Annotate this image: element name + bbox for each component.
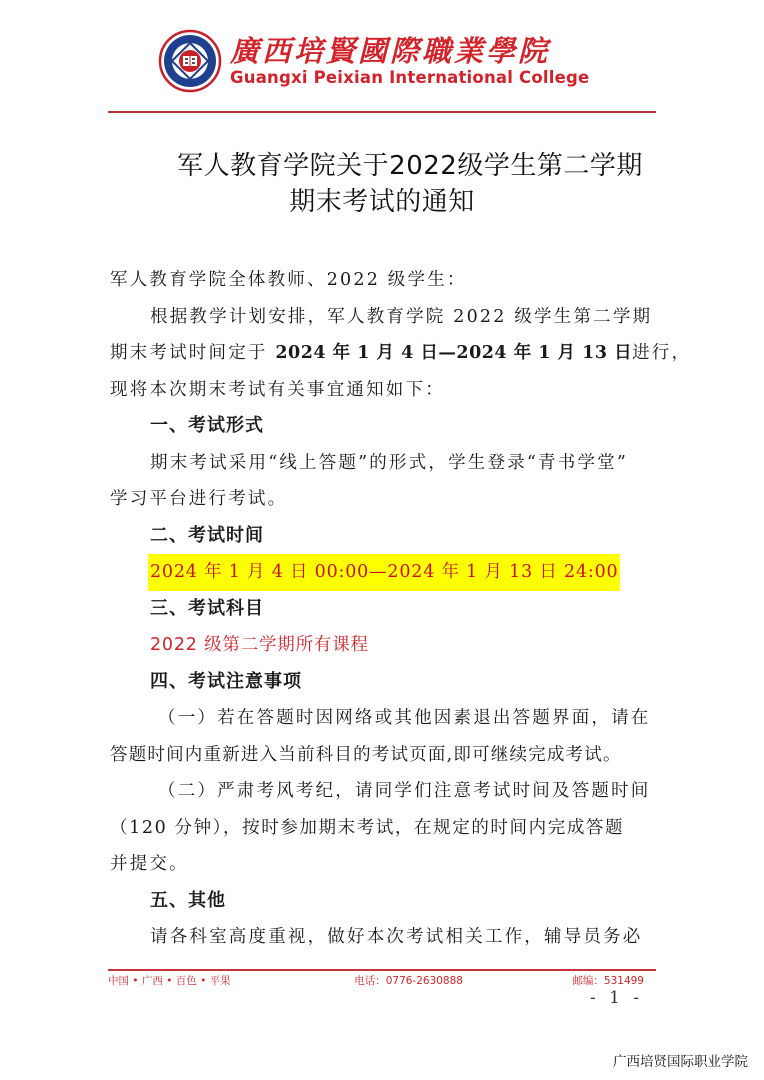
title-line-1: 军人教育学院关于2022级学生第二学期 [108,148,656,184]
exam-time-row: 2024 年 1 月 4 日 00:00—2024 年 1 月 13 日 24:… [110,554,658,591]
section-heading-notes: 四、考试注意事项 [110,664,658,701]
section-heading-format: 一、考试形式 [110,408,658,445]
document-page: 廣西培賢國際職業學院 Guangxi Peixian International… [0,0,764,1080]
intro-prefix: 期末考试时间定于 [110,343,275,363]
exam-date-range: 2024 年 1 月 4 日—2024 年 1 月 13 日 [275,343,632,363]
footer-postcode: 邮编：531499 [572,973,656,988]
section-heading-other: 五、其他 [110,883,658,920]
other-line-1: 请各科室高度重视，做好本次考试相关工作，辅导员务必 [110,919,658,956]
source-watermark: 广西培贤国际职业学院 [613,1050,748,1070]
note-1-line-2: 答题时间内重新进入当前科目的考试页面,即可继续完成考试。 [110,737,658,774]
brand-name-english: Guangxi Peixian International College [230,68,589,88]
section-heading-time: 二、考试时间 [110,518,658,555]
intro-suffix: 进行， [632,343,691,363]
document-body: 军人教育学院全体教师、2022 级学生： 根据教学计划安排，军人教育学院 202… [110,262,658,956]
format-line-2: 学习平台进行考试。 [110,481,658,518]
letterhead-logo: 廣西培賢國際職業學院 Guangxi Peixian International… [158,30,589,92]
salutation: 军人教育学院全体教师、2022 级学生： [110,262,658,299]
note-2-line-3: 并提交。 [110,846,658,883]
header-divider [108,111,656,113]
intro-line-2: 期末考试时间定于 2024 年 1 月 4 日—2024 年 1 月 13 日进… [110,335,658,372]
brand-name-chinese: 廣西培賢國際職業學院 [230,34,589,68]
letterhead-footer: 中国 • 广西 • 百色 • 平果 电话：0776-2630888 邮编：531… [108,973,656,988]
intro-line-3: 现将本次期末考试有关事宜通知如下： [110,372,658,409]
page-number: - 1 - [590,988,643,1008]
college-emblem-icon [158,29,222,93]
format-line-1: 期末考试采用“线上答题”的形式，学生登录“青书学堂” [110,445,658,482]
note-1-line-1: （一）若在答题时因网络或其他因素退出答题界面，请在 [110,700,658,737]
exam-subjects: 2022 级第二学期所有课程 [110,627,658,664]
section-heading-subjects: 三、考试科目 [110,591,658,628]
footer-address: 中国 • 广西 • 百色 • 平果 [108,973,258,988]
exam-time-highlight: 2024 年 1 月 4 日 00:00—2024 年 1 月 13 日 24:… [148,554,620,591]
document-title: 军人教育学院关于2022级学生第二学期 期末考试的通知 [108,148,656,220]
intro-line-1: 根据教学计划安排，军人教育学院 2022 级学生第二学期 [110,299,658,336]
footer-divider [108,969,656,971]
footer-phone: 电话：0776-2630888 [276,973,554,988]
note-2-line-2: （120 分钟），按时参加期末考试，在规定的时间内完成答题 [110,810,658,847]
title-line-2: 期末考试的通知 [108,184,656,220]
note-2-line-1: （二）严肃考风考纪，请同学们注意考试时间及答题时间 [110,773,658,810]
